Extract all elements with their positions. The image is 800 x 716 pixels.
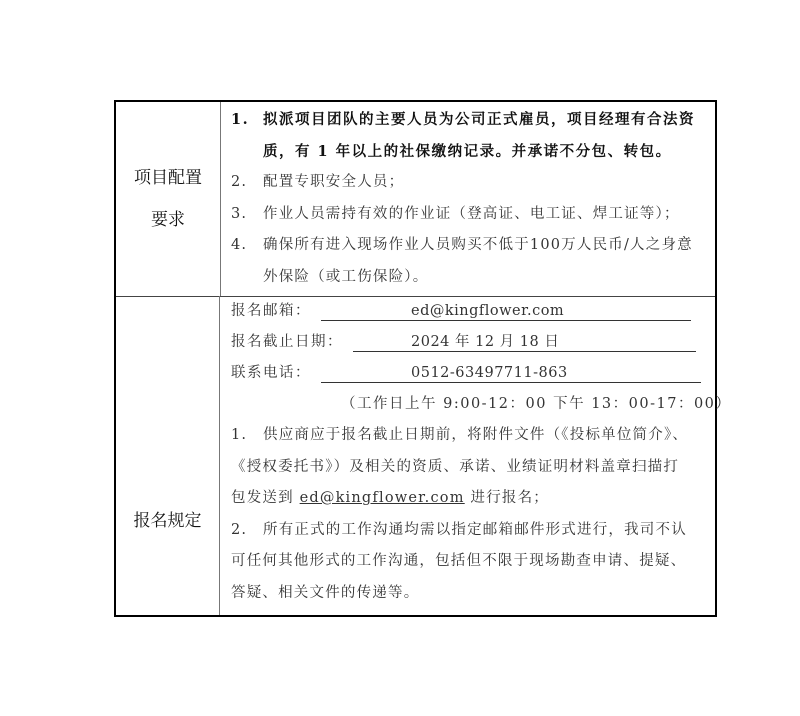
- label-line-2: 要求: [151, 199, 185, 241]
- rule-2-cont2: 答疑、相关文件的传递等。: [231, 578, 705, 610]
- email-field: 报名邮箱： ed@kingflower.com: [231, 296, 705, 327]
- rule-1-cont: 《授权委托书》）及相关的资质、承诺、业绩证明材料盖章扫描打: [231, 452, 705, 484]
- item-1: 1.拟派项目团队的主要人员为公司正式雇员，项目经理有合法资: [231, 104, 705, 136]
- item-4: 4.确保所有进入现场作业人员购买不低于100万人民币/人之身意: [231, 230, 705, 262]
- item-1-cont: 质，有 1 年以上的社保缴纳记录。并承诺不分包、转包。: [231, 136, 705, 168]
- label-line-1: 项目配置: [134, 157, 202, 199]
- phone-value: 0512-63497711-863: [321, 361, 701, 383]
- item-4-cont: 外保险（或工伤保险）。: [231, 262, 705, 294]
- working-hours: （工作日上午 9:00-12：00 下午 13：00-17：00）: [231, 389, 705, 420]
- project-config-content: 1.拟派项目团队的主要人员为公司正式雇员，项目经理有合法资 质，有 1 年以上的…: [221, 102, 715, 296]
- registration-label: 报名规定: [116, 296, 220, 615]
- registration-row: 报名规定 报名邮箱： ed@kingflower.com 报名截止日期： 202…: [116, 296, 715, 615]
- registration-content: 报名邮箱： ed@kingflower.com 报名截止日期： 2024 年 1…: [221, 296, 715, 615]
- email-value: ed@kingflower.com: [321, 299, 691, 321]
- rule-2-cont: 可任何其他形式的工作沟通，包括但不限于现场勘查申请、提疑、: [231, 546, 705, 578]
- deadline-field: 报名截止日期： 2024 年 12 月 18 日: [231, 327, 705, 358]
- deadline-value: 2024 年 12 月 18 日: [353, 330, 696, 352]
- project-config-row: 项目配置 要求 1.拟派项目团队的主要人员为公司正式雇员，项目经理有合法资 质，…: [116, 102, 715, 297]
- rule-1: 1.供应商应于报名截止日期前，将附件文件（《投标单位简介》、: [231, 420, 705, 452]
- requirements-table: 项目配置 要求 1.拟派项目团队的主要人员为公司正式雇员，项目经理有合法资 质，…: [114, 100, 717, 617]
- email-link[interactable]: ed@kingflower.com: [300, 490, 465, 506]
- rule-1-cont2: 包发送到 ed@kingflower.com 进行报名；: [231, 483, 705, 515]
- item-2: 2.配置专职安全人员；: [231, 167, 705, 199]
- phone-field: 联系电话： 0512-63497711-863: [231, 358, 705, 389]
- item-3: 3.作业人员需持有效的作业证（登高证、电工证、焊工证等）；: [231, 199, 705, 231]
- project-config-label: 项目配置 要求: [116, 102, 221, 296]
- rule-2: 2.所有正式的工作沟通均需以指定邮箱邮件形式进行，我司不认: [231, 515, 705, 547]
